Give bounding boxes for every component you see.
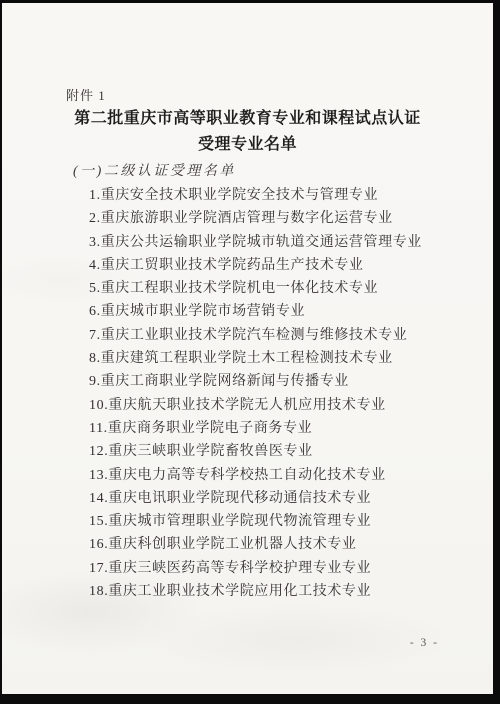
attachment-label: 附件 1	[66, 85, 106, 104]
list-item: 1.重庆安全技术职业学院安全技术与管理专业	[89, 184, 453, 207]
list-item: 2.重庆旅游职业学院酒店管理与数字化运营专业	[89, 207, 453, 230]
list-item: 5.重庆工程职业技术学院机电一体化技术专业	[89, 277, 453, 300]
document-page: 附件 1 第二批重庆市高等职业教育专业和课程试点认证 受理专业名单 (一)二级认…	[2, 3, 493, 694]
accepted-specialties-list: 1.重庆安全技术职业学院安全技术与管理专业 2.重庆旅游职业学院酒店管理与数字化…	[89, 184, 453, 603]
list-item: 8.重庆建筑工程职业学院土木工程检测技术专业	[89, 347, 453, 370]
list-item: 12.重庆三峡职业学院畜牧兽医专业	[89, 440, 453, 463]
list-item: 6.重庆城市职业学院市场营销专业	[89, 300, 453, 323]
list-item: 14.重庆电讯职业学院现代移动通信技术专业	[89, 487, 453, 510]
document-title: 第二批重庆市高等职业教育专业和课程试点认证 受理专业名单	[2, 106, 493, 158]
list-item: 9.重庆工商职业学院网络新闻与传播专业	[89, 370, 453, 393]
list-item: 3.重庆公共运输职业学院城市轨道交通运营管理专业	[89, 231, 453, 254]
list-item: 7.重庆工业职业技术学院汽车检测与维修技术专业	[89, 324, 453, 347]
list-item: 16.重庆科创职业学院工业机器人技术专业	[89, 533, 453, 556]
document-title-line-1: 第二批重庆市高等职业教育专业和课程试点认证	[2, 106, 493, 132]
section-heading: (一)二级认证受理名单	[73, 160, 236, 180]
document-title-line-2: 受理专业名单	[2, 132, 493, 158]
list-item: 10.重庆航天职业技术学院无人机应用技术专业	[89, 394, 453, 417]
page-number: - 3 -	[410, 637, 439, 649]
list-item: 4.重庆工贸职业技术学院药品生产技术专业	[89, 254, 453, 277]
list-item: 17.重庆三峡医药高等专科学校护理专业专业	[89, 557, 453, 580]
list-item: 15.重庆城市管理职业学院现代物流管理专业	[89, 510, 453, 533]
list-item: 13.重庆电力高等专科学校热工自动化技术专业	[89, 464, 453, 487]
list-item: 18.重庆工业职业技术学院应用化工技术专业	[89, 580, 453, 603]
list-item: 11.重庆商务职业学院电子商务专业	[89, 417, 453, 440]
scan-border-frame: 附件 1 第二批重庆市高等职业教育专业和课程试点认证 受理专业名单 (一)二级认…	[0, 0, 500, 704]
